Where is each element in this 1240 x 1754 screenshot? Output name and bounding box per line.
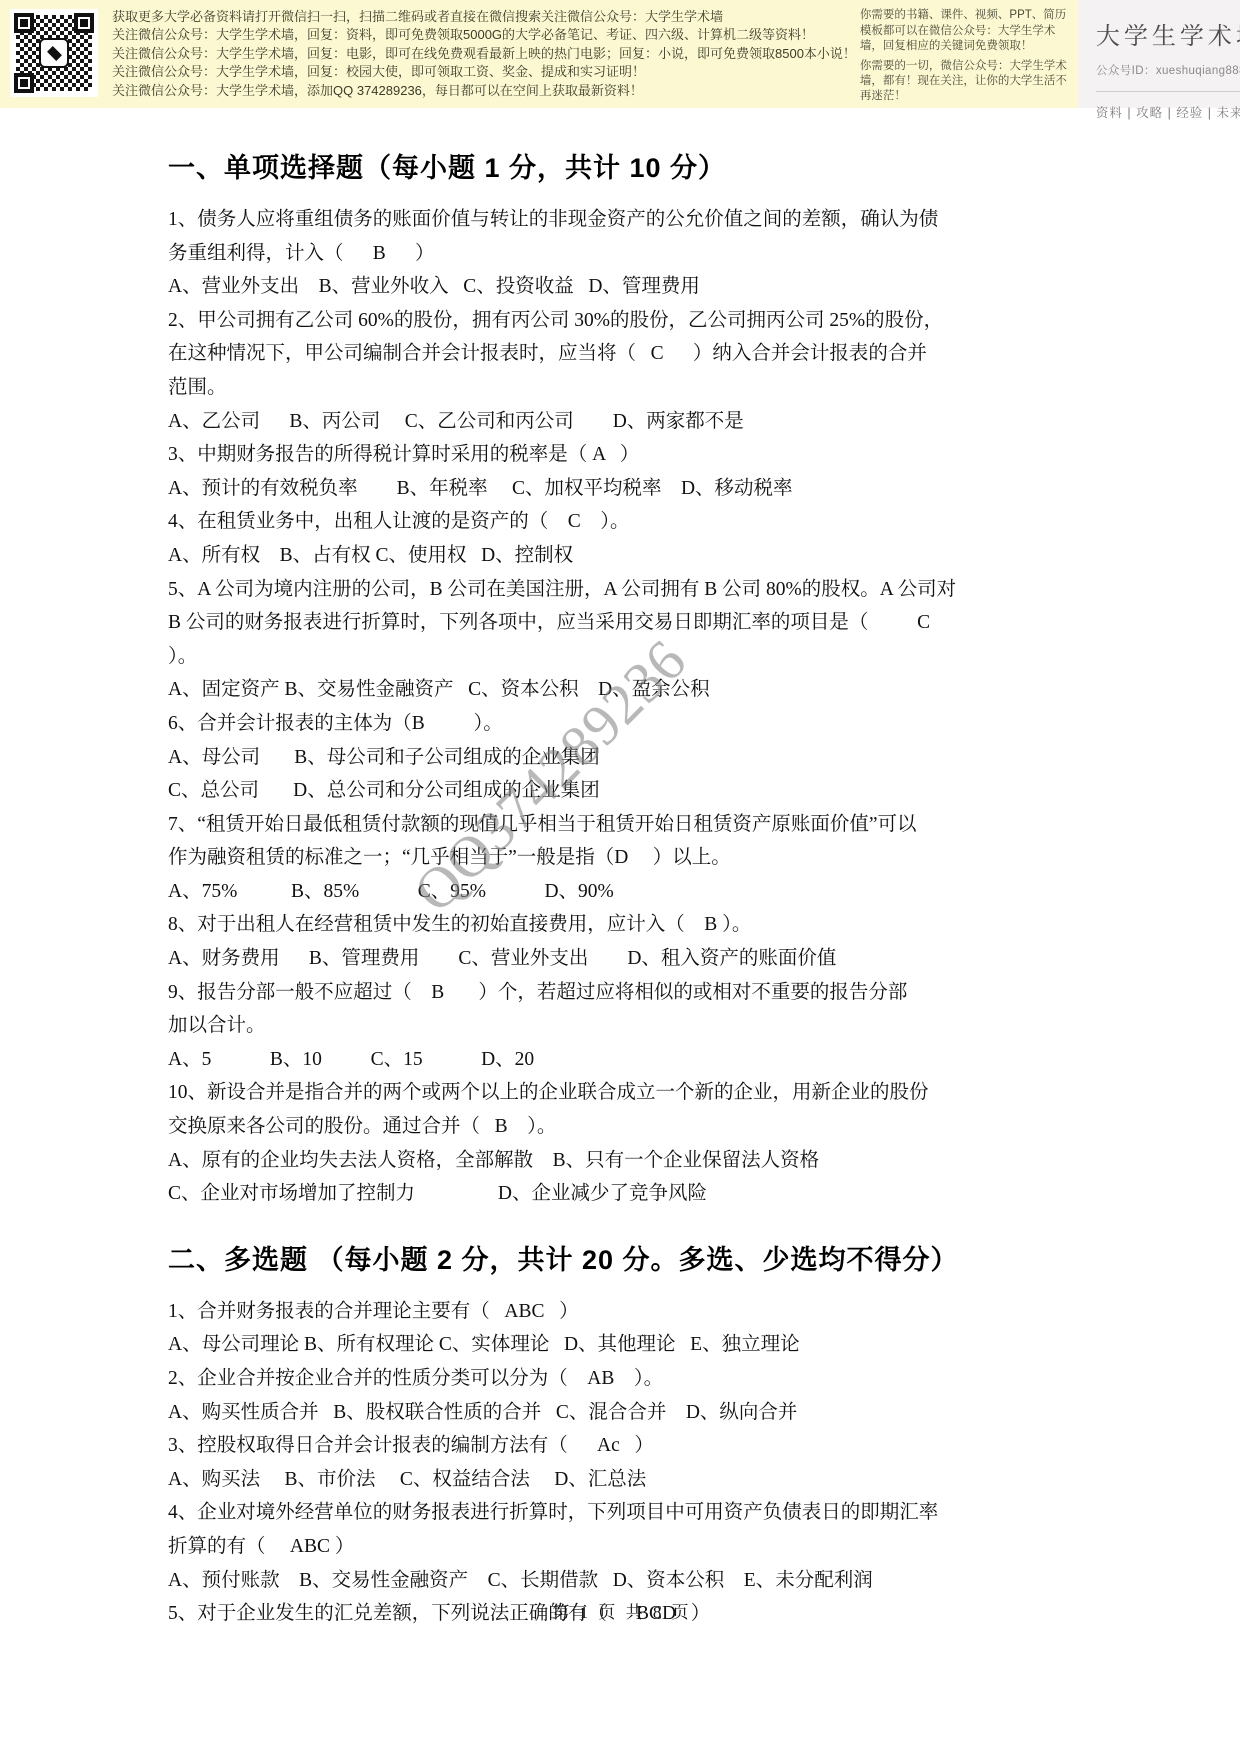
question-stem-line: 4、企业对境外经营单位的财务报表进行折算时，下列项目中可用资产负债表日的即期汇率 xyxy=(168,1496,1076,1530)
question-stem-line: 5、A 公司为境内注册的公司，B 公司在美国注册，A 公司拥有 B 公司 80%… xyxy=(168,573,1076,607)
question-stem-line: 4、在租赁业务中，出租人让渡的是资产的（ C ）。 xyxy=(168,505,1076,539)
banner-promo-line: 关注微信公众号：大学生学术墙，添加QQ 374289236，每日都可以在空间上获… xyxy=(112,82,856,100)
qr-finder-icon xyxy=(14,13,34,33)
question-stem-line: 2、甲公司拥有乙公司 60%的股份，拥有丙公司 30%的股份，乙公司拥丙公司 2… xyxy=(168,304,1076,338)
brand-title: 大学生学术墙 xyxy=(1096,16,1240,51)
question-stem-line: 10、新设合并是指合并的两个或两个以上的企业联合成立一个新的企业，用新企业的股份 xyxy=(168,1076,1076,1110)
banner-secondary-text: 你需要的书籍、课件、视频、PPT、简历模板都可以在微信公众号：大学生学术墙，回复… xyxy=(856,0,1078,108)
banner-promo-line: 关注微信公众号：大学生学术墙，回复：校园大使，即可领取工资、奖金、提成和实习证明… xyxy=(112,63,856,81)
banner-promo-line: 获取更多大学必备资料请打开微信扫一扫，扫描二维码或者直接在微信搜索关注微信公众号… xyxy=(112,8,856,26)
section-title: 二、多选题 （每小题 2 分，共计 20 分。多选、少选均不得分） xyxy=(168,1238,1076,1277)
question-option-line: A、预付账款 B、交易性金融资产 C、长期借款 D、资本公积 E、未分配利润 xyxy=(168,1564,1076,1598)
question-stem-line: 范围。 xyxy=(168,371,1076,405)
question-option-line: A、乙公司 B、丙公司 C、乙公司和丙公司 D、两家都不是 xyxy=(168,405,1076,439)
question-stem-line: 6、合并会计报表的主体为（B ）。 xyxy=(168,707,1076,741)
question-stem-line: 作为融资租赁的标准之一；“几乎相当于”一般是指（D ）以上。 xyxy=(168,841,1076,875)
qr-code-left xyxy=(10,9,98,97)
exam-content: 一、单项选择题（每小题 1 分，共计 10 分）1、债务人应将重组债务的账面价值… xyxy=(168,146,1076,1631)
promo-banner: 获取更多大学必备资料请打开微信扫一扫，扫描二维码或者直接在微信搜索关注微信公众号… xyxy=(0,0,1240,108)
banner-promo-line: 关注微信公众号：大学生学术墙，回复：电影，即可在线免费观看最新上映的热门电影；回… xyxy=(112,45,856,63)
exam-page: 获取更多大学必备资料请打开微信扫一扫，扫描二维码或者直接在微信搜索关注微信公众号… xyxy=(0,0,1240,1754)
question-option-line: A、营业外支出 B、营业外收入 C、投资收益 D、管理费用 xyxy=(168,270,1076,304)
question-option-line: A、5 B、10 C、15 D、20 xyxy=(168,1043,1076,1077)
brand-tags: 资料 | 攻略 | 经验 | 未来 xyxy=(1096,103,1240,121)
question-stem-line: 交换原来各公司的股份。通过合并（ B ）。 xyxy=(168,1110,1076,1144)
brand-account-id: 公众号ID：xueshuqiang8888 xyxy=(1096,62,1240,78)
question-stem-line: 2、企业合并按企业合并的性质分类可以分为（ AB ）。 xyxy=(168,1362,1076,1396)
question-option-line: A、75% B、85% C、95% D、90% xyxy=(168,875,1076,909)
question-option-line: C、总公司 D、总公司和分公司组成的企业集团 xyxy=(168,774,1076,808)
question-option-line: A、母公司理论 B、所有权理论 C、实体理论 D、其他理论 E、独立理论 xyxy=(168,1328,1076,1362)
question-stem-line: 3、中期财务报告的所得税计算时采用的税率是（ A ） xyxy=(168,438,1076,472)
question-stem-line: 1、合并财务报表的合并理论主要有（ ABC ） xyxy=(168,1295,1076,1329)
qr-finder-icon xyxy=(74,13,94,33)
banner-promo-line: 关注微信公众号：大学生学术墙，回复：资料，即可免费领取5000G的大学必备笔记、… xyxy=(112,26,856,44)
question-stem-line: 3、控股权取得日合并会计报表的编制方法有（ Ac ） xyxy=(168,1429,1076,1463)
question-option-line: A、购买性质合并 B、股权联合性质的合并 C、混合合并 D、纵向合并 xyxy=(168,1396,1076,1430)
question-option-line: A、固定资产 B、交易性金融资产 C、资本公积 D、盈余公积 xyxy=(168,673,1076,707)
question-stem-line: 1、债务人应将重组债务的账面价值与转让的非现金资产的公允价值之间的差额，确认为债 xyxy=(168,203,1076,237)
graduation-cap-icon xyxy=(39,38,69,68)
question-option-line: A、财务费用 B、管理费用 C、营业外支出 D、租入资产的账面价值 xyxy=(168,942,1076,976)
question-option-line: A、原有的企业均失去法人资格，全部解散 B、只有一个企业保留法人资格 xyxy=(168,1144,1076,1178)
question-stem-line: 在这种情况下，甲公司编制合并会计报表时，应当将（ C ）纳入合并会计报表的合并 xyxy=(168,337,1076,371)
question-stem-line: B 公司的财务报表进行折算时，下列各项中，应当采用交易日即期汇率的项目是（ C xyxy=(168,606,1076,640)
question-stem-line: 折算的有（ ABC ） xyxy=(168,1530,1076,1564)
question-stem-line: 7、“租赁开始日最低租赁付款额的现值几乎相当于租赁开始日租赁资产原账面价值”可以 xyxy=(168,808,1076,842)
brand-card: 大学生学术墙 公众号ID：xueshuqiang8888 资料 | 攻略 | 经… xyxy=(1078,0,1240,108)
question-stem-line: ）。 xyxy=(168,640,1076,674)
qr-finder-icon xyxy=(14,73,34,93)
question-option-line: A、购买法 B、市价法 C、权益结合法 D、汇总法 xyxy=(168,1463,1076,1497)
question-stem-line: 8、对于出租人在经营租赁中发生的初始直接费用，应计入（ B ）。 xyxy=(168,908,1076,942)
page-footer: 第 1 页 共 8 页 xyxy=(168,1598,1076,1623)
banner-mid-top-text: 你需要的书籍、课件、视频、PPT、简历模板都可以在微信公众号：大学生学术墙，回复… xyxy=(860,8,1074,55)
question-option-line: A、预计的有效税负率 B、年税率 C、加权平均税率 D、移动税率 xyxy=(168,472,1076,506)
question-option-line: A、母公司 B、母公司和子公司组成的企业集团 xyxy=(168,741,1076,775)
banner-mid-bottom-text: 你需要的一切，微信公众号：大学生学术墙，都有！现在关注，让你的大学生活不再迷茫！ xyxy=(860,59,1074,104)
question-stem-line: 加以合计。 xyxy=(168,1009,1076,1043)
question-stem-line: 务重组利得，计入（ B ） xyxy=(168,237,1076,271)
divider xyxy=(1096,91,1240,92)
question-option-line: C、企业对市场增加了控制力 D、企业减少了竞争风险 xyxy=(168,1177,1076,1211)
question-stem-line: 9、报告分部一般不应超过（ B ）个，若超过应将相似的或相对不重要的报告分部 xyxy=(168,976,1076,1010)
section-title: 一、单项选择题（每小题 1 分，共计 10 分） xyxy=(168,146,1076,185)
brand-card-info: 大学生学术墙 公众号ID：xueshuqiang8888 资料 | 攻略 | 经… xyxy=(1096,8,1240,102)
question-option-line: A、所有权 B、占有权 C、使用权 D、控制权 xyxy=(168,539,1076,573)
banner-promo-text: 获取更多大学必备资料请打开微信扫一扫，扫描二维码或者直接在微信搜索关注微信公众号… xyxy=(104,0,856,108)
